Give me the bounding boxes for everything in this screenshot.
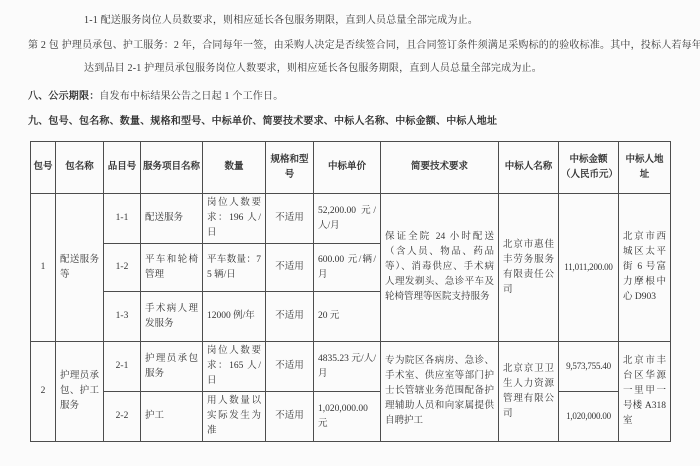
col-header-spec-model: 规格和型号 xyxy=(266,142,314,194)
col-header-quantity: 数量 xyxy=(203,142,266,194)
service-name-cell: 护工 xyxy=(141,392,203,442)
quantity-cell: 平车数量：75 辆/日 xyxy=(203,244,266,292)
award-result-table: 包号 包名称 品目号 服务项目名称 数量 规格和型号 中标单价 简要技术要求 中… xyxy=(30,141,671,442)
unit-price-cell: 20 元 xyxy=(314,292,381,342)
unit-price-cell: 600.00 元/辆/月 xyxy=(314,244,381,292)
award-amount-cell: 11,011,200.00 xyxy=(559,194,619,342)
item-no-cell: 1-3 xyxy=(104,292,141,342)
item-no-cell: 2-2 xyxy=(104,392,141,442)
table-row: 2 护理员承包、护工服务 2-1 护理员承包服务 岗位人数要求：165 人/日 … xyxy=(31,342,671,392)
col-header-service-name: 服务项目名称 xyxy=(141,142,203,194)
service-name-cell: 手术病人理发服务 xyxy=(141,292,203,342)
col-header-award-amount: 中标金额 （人民币元） xyxy=(559,142,619,194)
table-row: 2-2 护工 用人数量以实际发生为准 不适用 1,020,000.00 元 1,… xyxy=(31,392,671,442)
col-header-unit-price: 中标单价 xyxy=(314,142,381,194)
section-9-heading: 九、包号、包名称、数量、规格和型号、中标单价、简要技术要求、中标人名称、中标金额… xyxy=(28,115,497,129)
col-header-tech-req: 简要技术要求 xyxy=(381,142,499,194)
pkg-name-cell: 护理员承包、护工服务 xyxy=(56,342,104,442)
col-header-item-no: 品目号 xyxy=(104,142,141,194)
winner-name-cell: 北京市惠佳丰劳务服务有限责任公司 xyxy=(499,194,559,342)
quantity-cell: 12000 例/年 xyxy=(203,292,266,342)
unit-price-cell: 1,020,000.00 元 xyxy=(314,392,381,442)
award-amount-header-title: 中标金额 xyxy=(561,153,616,168)
item-no-cell: 1-1 xyxy=(104,194,141,244)
unit-price-cell: 52,200.00 元/人/月 xyxy=(314,194,381,244)
spec-cell: 不适用 xyxy=(266,292,314,342)
award-amount-header-sub: （人民币元） xyxy=(561,168,616,183)
award-amount-cell: 9,573,755.40 xyxy=(559,342,619,392)
pkg-name-cell: 配送服务等 xyxy=(56,194,104,342)
paragraph-pkg2-continuation: 达到品目 2-1 护理员承包服务岗位人数要求，则相应延长各包服务期限，直到人员总… xyxy=(84,62,542,76)
spec-cell: 不适用 xyxy=(266,342,314,392)
quantity-cell: 岗位人数要求：165 人/日 xyxy=(203,342,266,392)
service-name-cell: 配送服务 xyxy=(141,194,203,244)
section-8-label: 八、公示期限： xyxy=(28,91,99,102)
section-8-line: 八、公示期限：自发布中标结果公告之日起 1 个工作日。 xyxy=(28,90,283,104)
tech-req-cell: 专为院区各病房、急诊、手术室、供应室等部门护士长管辖业务范围配备护理辅助人员和向… xyxy=(381,342,499,442)
pkg-no-cell: 2 xyxy=(31,342,56,442)
service-name-cell: 平车和轮椅管理 xyxy=(141,244,203,292)
paragraph-pkg1-continuation: 1-1 配送服务岗位人员数要求，则相应延长各包服务期限，直到人员总量全部完成为止… xyxy=(84,14,478,28)
item-no-cell: 1-2 xyxy=(104,244,141,292)
item-no-cell: 2-1 xyxy=(104,342,141,392)
service-name-cell: 护理员承包服务 xyxy=(141,342,203,392)
announcement-page: 1-1 配送服务岗位人员数要求，则相应延长各包服务期限，直到人员总量全部完成为止… xyxy=(0,0,700,466)
award-amount-cell: 1,020,000.00 xyxy=(559,392,619,442)
col-header-pkg-name: 包名称 xyxy=(56,142,104,194)
unit-price-cell: 4835.23 元/人/月 xyxy=(314,342,381,392)
pkg-no-cell: 1 xyxy=(31,194,56,342)
spec-cell: 不适用 xyxy=(266,392,314,442)
quantity-cell: 用人数量以实际发生为准 xyxy=(203,392,266,442)
winner-name-cell: 北京京卫卫生人力资源管理有限公司 xyxy=(499,342,559,442)
spec-cell: 不适用 xyxy=(266,244,314,292)
col-header-winner-name: 中标人名称 xyxy=(499,142,559,194)
table-header-row: 包号 包名称 品目号 服务项目名称 数量 规格和型号 中标单价 简要技术要求 中… xyxy=(31,142,671,194)
col-header-winner-address: 中标人地址 xyxy=(619,142,671,194)
award-table-container: 包号 包名称 品目号 服务项目名称 数量 规格和型号 中标单价 简要技术要求 中… xyxy=(30,141,671,442)
col-header-pkg-no: 包号 xyxy=(31,142,56,194)
winner-address-cell: 北京市丰台区华源一里甲一号楼 A318 室 xyxy=(619,342,671,442)
table-row: 1 配送服务等 1-1 配送服务 岗位人数要求：196 人/日 不适用 52,2… xyxy=(31,194,671,244)
quantity-cell: 岗位人数要求：196 人/日 xyxy=(203,194,266,244)
section-8-text: 自发布中标结果公告之日起 1 个工作日。 xyxy=(99,91,283,102)
tech-req-cell: 保证全院 24 小时配送（含人员、物品、药品等）、消毒供应、手术病人理发剃头、急… xyxy=(381,194,499,342)
spec-cell: 不适用 xyxy=(266,194,314,244)
winner-address-cell: 北京市西城区太平街 6 号富力摩根中心 D903 xyxy=(619,194,671,342)
paragraph-pkg2-terms: 第 2 包 护理员承包、护工服务：2 年，合同每年一签，由采购人决定是否续签合同… xyxy=(28,39,700,53)
